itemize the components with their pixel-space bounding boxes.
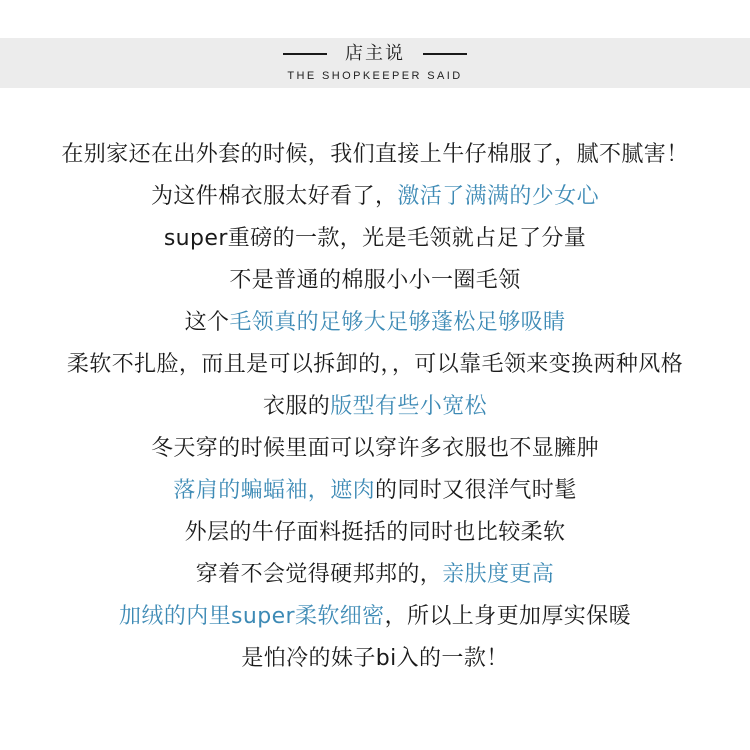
text-segment: ，所以上身更加厚实保暖 (385, 604, 631, 629)
text-segment: 穿着不会觉得硬邦邦的， (196, 562, 442, 587)
highlight-segment: 亲肤度更高 (442, 562, 554, 587)
header-left-rule (283, 53, 327, 55)
text-segment: 的同时又很洋气时髦 (375, 478, 577, 503)
text-segment: 衣服的 (263, 394, 330, 419)
text-line: 衣服的版型有些小宽松 (0, 386, 750, 428)
text-line: 柔软不扎脸，而且是可以拆卸的，，可以靠毛领来变换两种风格 (0, 344, 750, 386)
header-band: 店主说 THE SHOPKEEPER SAID (0, 38, 750, 88)
highlight-segment: 毛领真的足够大足够蓬松足够吸睛 (229, 310, 565, 335)
text-segment: 冬天穿的时候里面可以穿许多衣服也不显臃肿 (151, 436, 599, 461)
text-line: 不是普通的棉服小小一圈毛领 (0, 260, 750, 302)
header-subtitle: THE SHOPKEEPER SAID (0, 69, 750, 83)
text-line: 是怕冷的妹子bi入的一款！ (0, 638, 750, 680)
text-line: 外层的牛仔面料挺括的同时也比较柔软 (0, 512, 750, 554)
header-title: 店主说 (345, 42, 405, 66)
text-line: 穿着不会觉得硬邦邦的，亲肤度更高 (0, 554, 750, 596)
text-segment: 在别家还在出外套的时候，我们直接上牛仔棉服了，腻不腻害！ (61, 142, 688, 167)
text-segment: 为这件棉衣服太好看了， (151, 184, 397, 209)
text-line: super重磅的一款，光是毛领就占足了分量 (0, 218, 750, 260)
description-text: 在别家还在出外套的时候，我们直接上牛仔棉服了，腻不腻害！ 为这件棉衣服太好看了，… (0, 134, 750, 680)
text-line: 加绒的内里super柔软细密，所以上身更加厚实保暖 (0, 596, 750, 638)
text-segment: super重磅的一款，光是毛领就占足了分量 (164, 226, 586, 251)
text-line: 在别家还在出外套的时候，我们直接上牛仔棉服了，腻不腻害！ (0, 134, 750, 176)
highlight-segment: 版型有些小宽松 (330, 394, 487, 419)
text-line: 落肩的蝙蝠袖，遮肉的同时又很洋气时髦 (0, 470, 750, 512)
highlight-segment: 加绒的内里super柔软细密 (119, 604, 385, 629)
highlight-segment: 激活了满满的少女心 (397, 184, 599, 209)
text-segment: 这个 (185, 310, 230, 335)
text-line: 这个毛领真的足够大足够蓬松足够吸睛 (0, 302, 750, 344)
text-segment: 外层的牛仔面料挺括的同时也比较柔软 (185, 520, 566, 545)
text-segment: 柔软不扎脸，而且是可以拆卸的，，可以靠毛领来变换两种风格 (67, 352, 683, 377)
header-title-row: 店主说 (0, 42, 750, 66)
text-segment: 不是普通的棉服小小一圈毛领 (229, 268, 520, 293)
highlight-segment: 落肩的蝙蝠袖，遮肉 (173, 478, 375, 503)
text-line: 为这件棉衣服太好看了，激活了满满的少女心 (0, 176, 750, 218)
text-line: 冬天穿的时候里面可以穿许多衣服也不显臃肿 (0, 428, 750, 470)
header-right-rule (423, 53, 467, 55)
text-segment: 是怕冷的妹子bi入的一款！ (241, 646, 508, 671)
